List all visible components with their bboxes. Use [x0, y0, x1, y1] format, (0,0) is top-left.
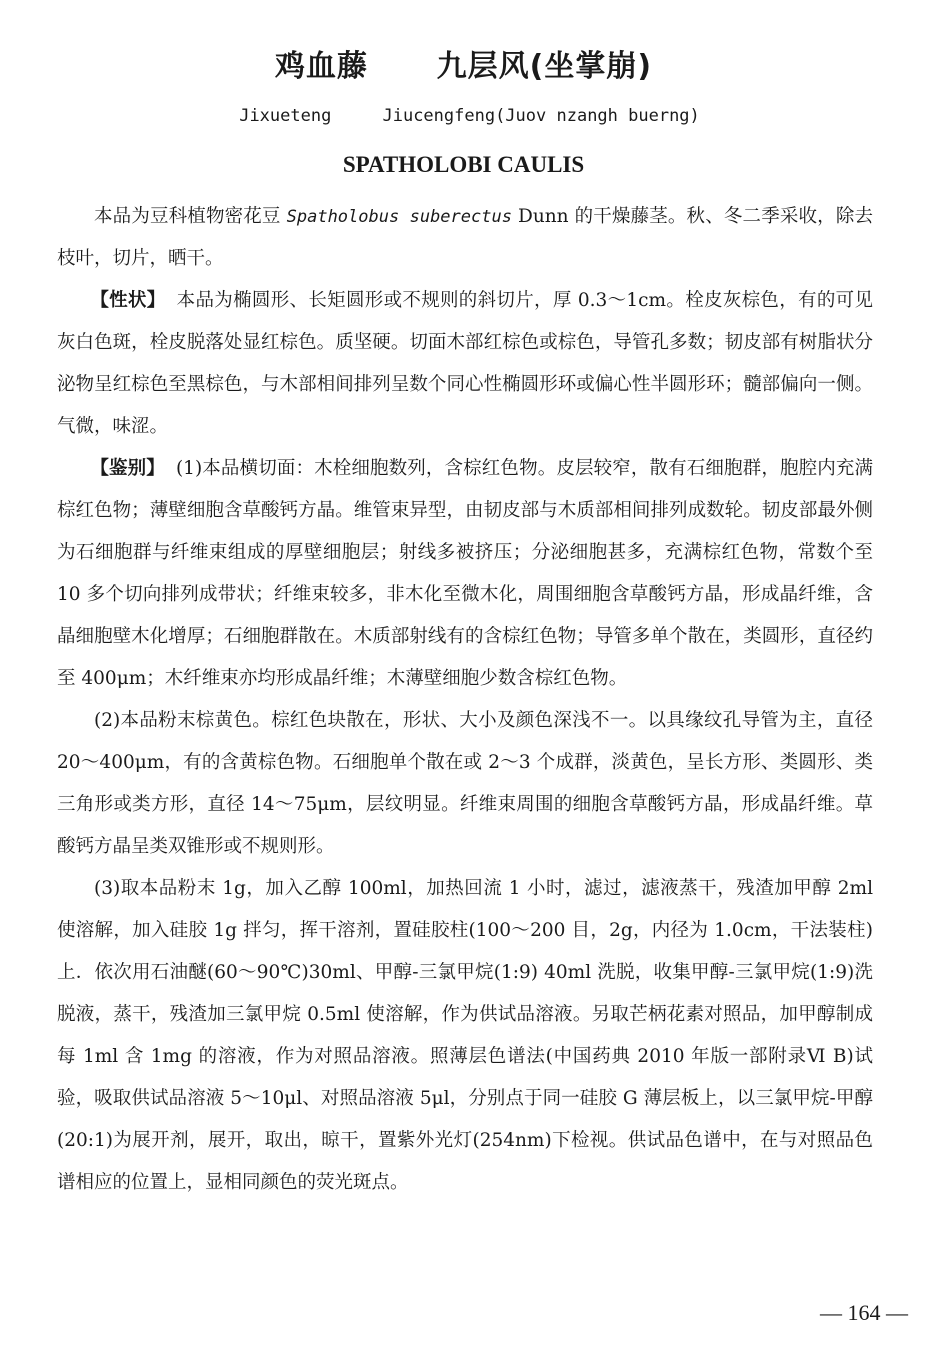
characters-label: 【性状】 [90, 290, 165, 311]
species-name: Spatholobus suberectus [287, 207, 512, 227]
identification-paragraph-3: (3)取本品粉末 1g，加入乙醇 100ml，加热回流 1 小时，滤过，滤液蒸干… [57, 868, 873, 1204]
latin-name-heading: SPATHOLOBI CAULIS [0, 150, 927, 180]
intro-paragraph: 本品为豆科植物密花豆 Spatholobus suberectus Dunn 的… [57, 196, 873, 280]
identification-item-2: (2)本品粉末棕黄色。棕红色块散在，形状、大小及颜色深浅不一。以具缘纹孔导管为主… [57, 710, 873, 857]
identification-label: 【鉴别】 [90, 458, 165, 479]
page-title: 鸡血藤 九层风(坐掌崩) [0, 44, 927, 90]
monograph-body: 本品为豆科植物密花豆 Spatholobus suberectus Dunn 的… [57, 196, 873, 1204]
identification-item-3: (3)取本品粉末 1g，加入乙醇 100ml，加热回流 1 小时，滤过，滤液蒸干… [57, 878, 873, 1193]
characters-text: 本品为椭圆形、长矩圆形或不规则的斜切片，厚 0.3～1cm。栓皮灰棕色，有的可见… [57, 290, 873, 437]
identification-paragraph-2: (2)本品粉末棕黄色。棕红色块散在，形状、大小及颜色深浅不一。以具缘纹孔导管为主… [57, 700, 873, 868]
page-number: — 164 — [820, 1299, 908, 1327]
characters-paragraph: 【性状】本品为椭圆形、长矩圆形或不规则的斜切片，厚 0.3～1cm。栓皮灰棕色，… [57, 280, 873, 448]
pinyin-subtitle: Jixueteng Jiucengfeng(Juov nzangh buerng… [0, 104, 927, 128]
intro-text-before: 本品为豆科植物密花豆 [94, 206, 287, 227]
identification-item-1: (1)本品横切面：木栓细胞数列，含棕红色物。皮层较窄，散有石细胞群，胞腔内充满棕… [57, 458, 873, 689]
identification-paragraph-1: 【鉴别】(1)本品横切面：木栓细胞数列，含棕红色物。皮层较窄，散有石细胞群，胞腔… [57, 448, 873, 700]
